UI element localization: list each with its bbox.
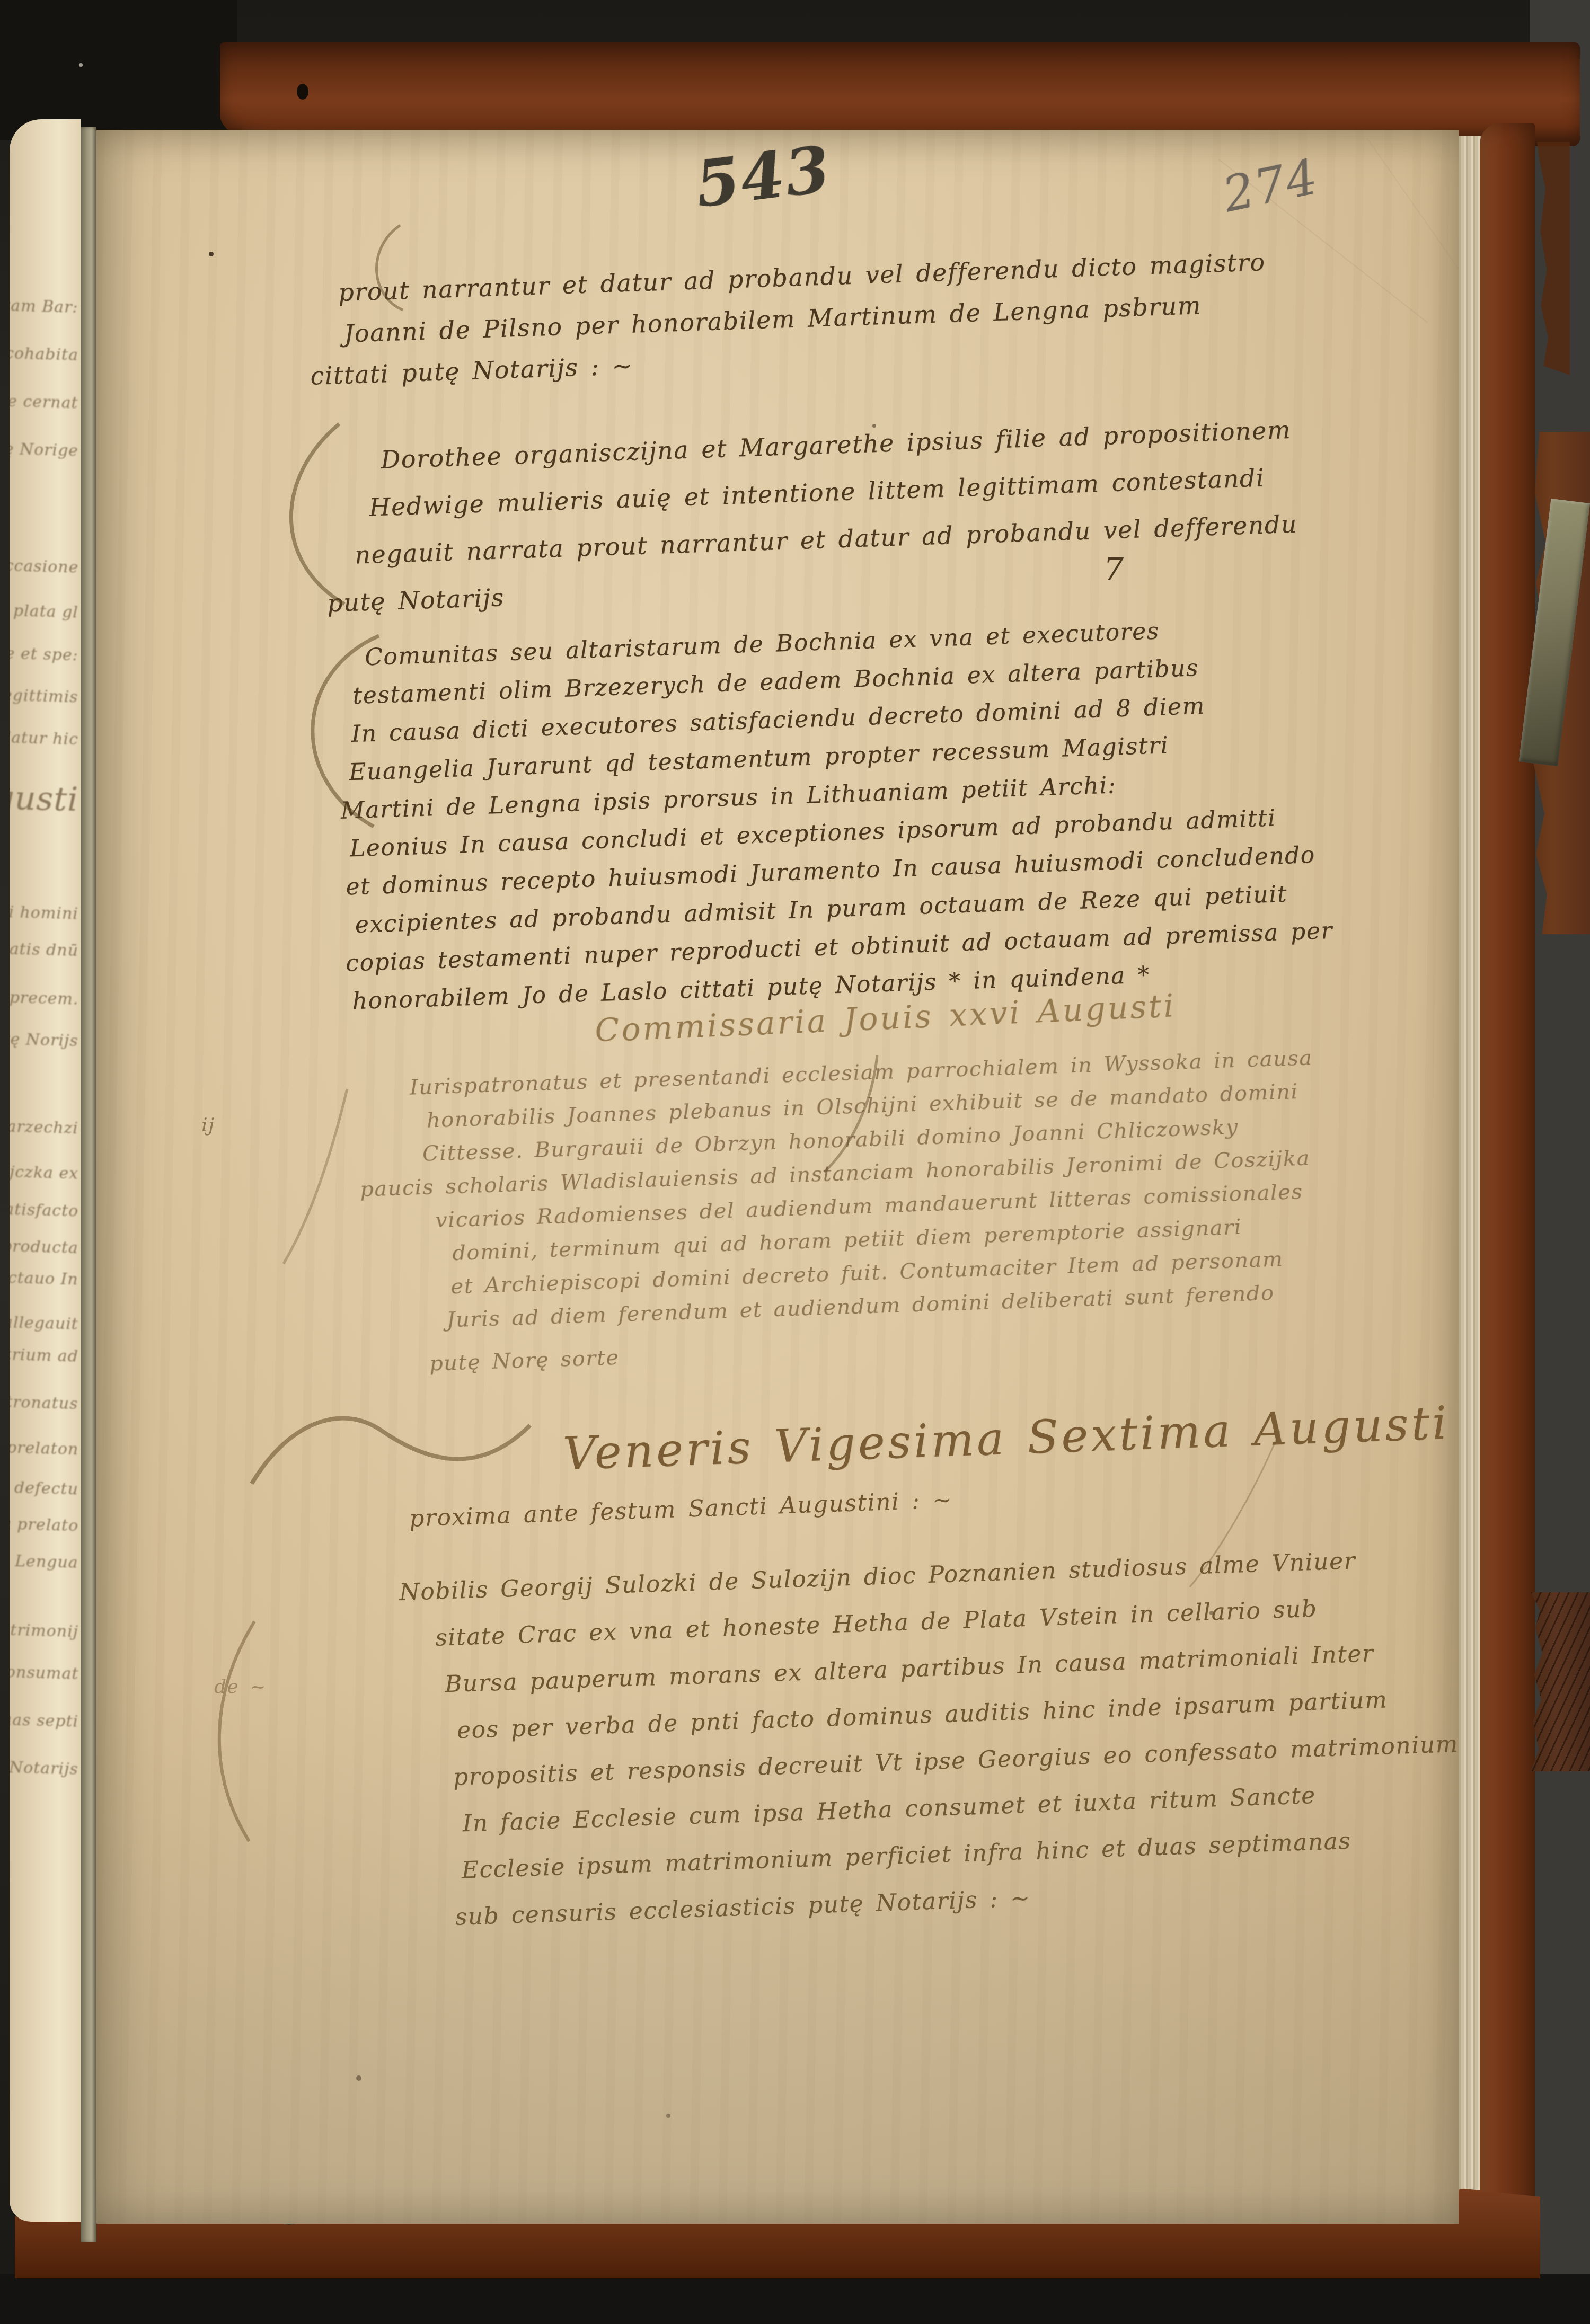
facing-page-fragment: ut a prelato <box>10 1514 78 1536</box>
session-heading-veneris-subline: proxima ante festum Sancti Augustini : ~ <box>409 1486 953 1532</box>
facing-page-fragment: A Lengua <box>10 1551 78 1572</box>
facing-page-fragment: rum a prelaton <box>10 1437 78 1459</box>
facing-page-fragment: gusti <box>10 778 79 819</box>
page-number-penciled: 274 <box>1218 148 1323 223</box>
entry-2-marginal-figure: 7 <box>1103 551 1125 588</box>
facing-page-fragment: allegauit <box>10 1313 78 1334</box>
entry-2-text: Dorothee organisczijna et Margarethe ips… <box>330 406 1300 627</box>
facing-page-fragment: datum legittimis <box>10 685 78 707</box>
facing-page-fragment: onsumat <box>10 1663 78 1683</box>
ink-speck <box>356 2075 361 2081</box>
facing-page-fragment: onda producta <box>10 1236 78 1257</box>
ink-speck <box>209 252 214 256</box>
entry-5-text: Nobilis Georgij Sulozki de Sulozijn dioc… <box>319 1534 1459 1945</box>
binding-gutter <box>81 127 96 2242</box>
dust-speck <box>79 63 83 67</box>
ink-speck <box>666 2114 670 2118</box>
facing-page-fragment: Notarijs <box>10 1758 78 1778</box>
facing-page-fragment: ne et datur hic <box>10 727 78 749</box>
facing-page-fragment: prefatam Bar: <box>10 295 78 317</box>
session-heading-veneris: Veneris Vigesima Sextima Augusti <box>562 1397 1450 1480</box>
manuscript-page: 543 274 prout narrantur et datur ad prob… <box>96 130 1459 2224</box>
entry-4-margin-mark: ij <box>201 1114 215 1136</box>
background-shadow-topleft <box>0 0 237 140</box>
facing-page-fragment: per occasione et spe: <box>10 642 78 665</box>
facing-page-fragment: usindi de cernat <box>10 391 78 413</box>
facing-page-fragment: bus trium ad <box>10 1344 78 1365</box>
facing-page-fragment: putę Norijs <box>10 1030 78 1051</box>
facing-page-fragment: itatis dnū <box>10 939 78 960</box>
facing-page-fragment: myslijczka ex <box>10 1161 78 1183</box>
facing-page-edge: prefatam Bar:emia cohabitausindi de cern… <box>10 119 81 2222</box>
manuscript-photo: prefatam Bar:emia cohabitausindi de cern… <box>0 0 1590 2324</box>
facing-page-fragment: ibus putę Norige <box>10 438 78 460</box>
wormhole-leather <box>297 84 308 100</box>
paper-crease <box>1366 138 1459 281</box>
page-number-stamped: 543 <box>691 131 834 222</box>
facing-page-fragment: anum in defectu <box>10 1477 78 1499</box>
entry-4-text: Iurispatronatus et presentandi ecclesiam… <box>324 1041 1322 1384</box>
leather-cover-right-edge <box>1480 123 1535 2266</box>
facing-page-fragment: fuerunt occasione <box>10 554 78 577</box>
facing-page-fragment: Starzechzi <box>10 1117 78 1138</box>
clasp-strap-lower <box>1531 1592 1590 1771</box>
background-felt-bottom <box>0 2274 1590 2324</box>
entry-5-margin-note: de ~ <box>214 1676 267 1698</box>
facing-page-fragment: matrimonij <box>10 1620 78 1642</box>
facing-page-fragment: andi homini <box>10 902 78 924</box>
facing-page-fragment: emia cohabita <box>10 343 78 365</box>
entry-3-text: Comunitas seu altaristarum de Bochnia ex… <box>335 607 1335 1021</box>
facing-page-fragment: patronatus <box>10 1392 78 1414</box>
facing-page-fragment: norum satisfacto <box>10 1198 78 1220</box>
facing-page-fragment: ię octauo In <box>10 1267 78 1289</box>
entry-1-text: prout narrantur et datur ad probandu vel… <box>338 241 1269 396</box>
facing-page-fragment: uas septi <box>10 1710 78 1731</box>
facing-page-fragment: ationem precem. <box>10 986 78 1008</box>
facing-page-fragment: anum in plata gl <box>10 600 78 622</box>
